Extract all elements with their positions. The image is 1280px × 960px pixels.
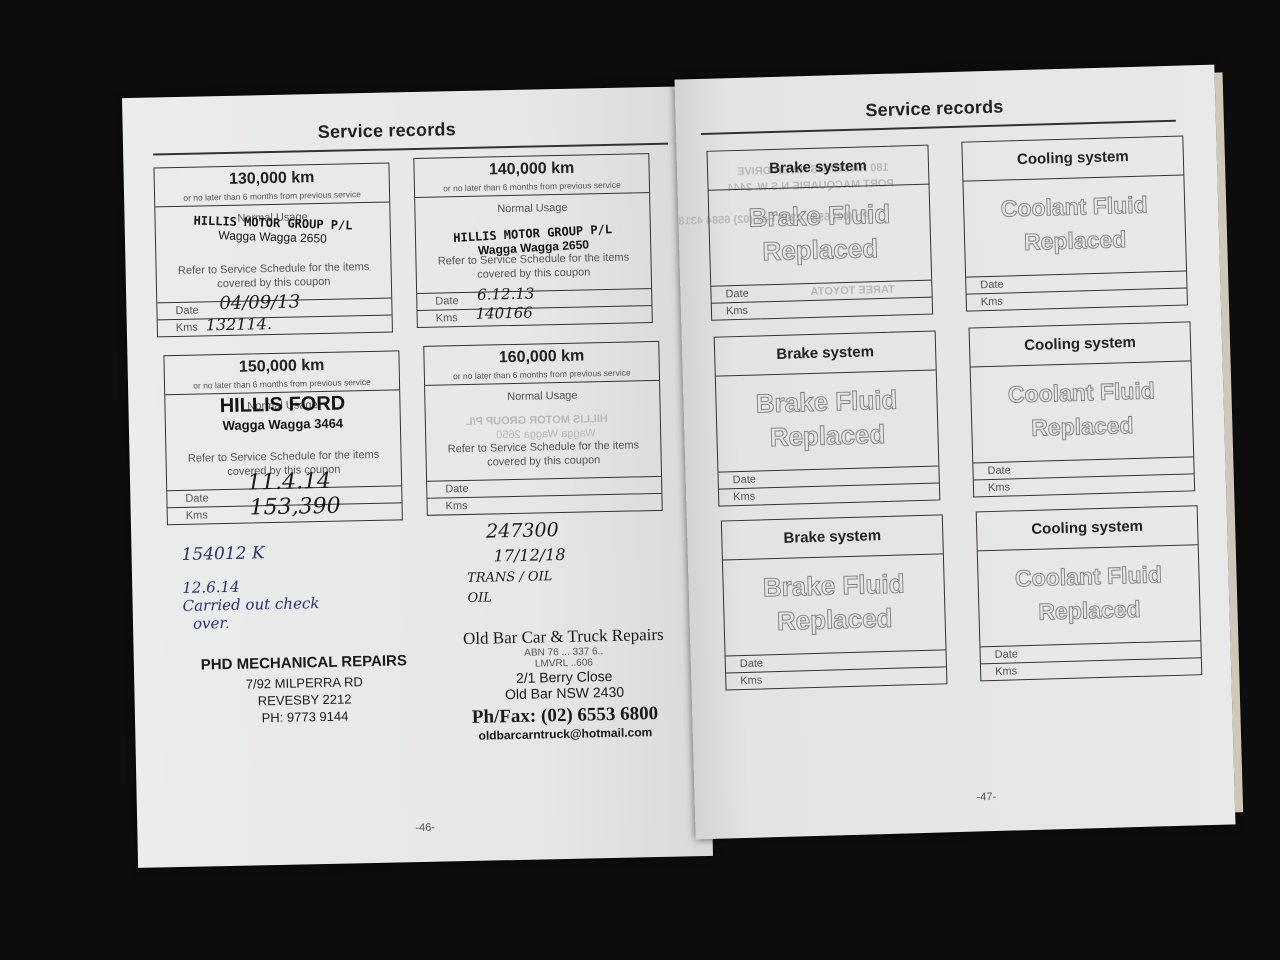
kms-label: Kms bbox=[988, 481, 1010, 494]
kms-label: Kms bbox=[436, 312, 458, 324]
phd-handwritten-kms: 154012 K bbox=[181, 543, 264, 565]
kms-label: Kms bbox=[981, 296, 1003, 309]
check-cooling-3: Cooling system Coolant Fluid Replaced Da… bbox=[976, 505, 1203, 681]
check-heading: Cooling system bbox=[977, 516, 1197, 539]
check-outline-1: Coolant Fluid bbox=[964, 189, 1185, 225]
divider bbox=[978, 544, 1198, 551]
coupon-km: 150,000 km bbox=[164, 355, 398, 378]
kms-label: Kms bbox=[445, 500, 467, 512]
coupon-km: 140,000 km bbox=[414, 158, 648, 181]
phd-dealer-stamp: PHD MECHANICAL REPAIRS 7/92 MILPERRA RD … bbox=[194, 652, 415, 727]
phd-handwritten-note-2: over. bbox=[193, 614, 230, 633]
coupon-subtitle: or no later than 6 months from previous … bbox=[425, 367, 659, 382]
date-label: Date bbox=[445, 483, 468, 495]
check-outline-2: Replaced bbox=[979, 592, 1200, 628]
handwritten-date: 11.4.14 bbox=[247, 469, 331, 496]
oldbar-handwritten-note-1: TRANS / OIL bbox=[467, 569, 552, 586]
left-page: Service records 130,000 km or no later t… bbox=[122, 86, 713, 868]
coupon-subtitle: or no later than 6 months from previous … bbox=[165, 376, 399, 391]
kms-label: Kms bbox=[740, 674, 762, 687]
coupon-usage: Normal Usage bbox=[415, 200, 649, 217]
coupon-subtitle: or no later than 6 months from previous … bbox=[155, 189, 389, 204]
kms-label: Kms bbox=[176, 322, 198, 334]
oldbar-handwritten-note-2: OIL bbox=[467, 590, 492, 606]
phd-handwritten-note-1: Carried out check bbox=[182, 594, 319, 615]
service-coupon-150000: 150,000 km or no later than 6 months fro… bbox=[163, 350, 403, 525]
oldbar-handwritten-date: 17/12/18 bbox=[493, 545, 565, 566]
date-label: Date bbox=[740, 657, 764, 670]
check-outline-1: Brake Fluid bbox=[716, 384, 937, 420]
check-outline-2: Replaced bbox=[717, 417, 938, 453]
check-outline-2: Replaced bbox=[724, 601, 945, 637]
check-outline-1: Brake Fluid bbox=[723, 567, 944, 603]
date-label: Date bbox=[185, 492, 208, 504]
kms-label: Kms bbox=[726, 305, 748, 318]
check-brake-1: Brake system Brake Fluid Replaced Date K… bbox=[706, 145, 933, 321]
phd-stamp-name: PHD MECHANICAL REPAIRS bbox=[194, 652, 414, 674]
coupon-refer: Refer to Service Schedule for the items … bbox=[436, 438, 651, 470]
check-brake-2: Brake system Brake Fluid Replaced Date K… bbox=[714, 330, 941, 506]
date-label: Date bbox=[175, 305, 198, 317]
page-edge bbox=[1215, 72, 1244, 812]
check-outline-1: Coolant Fluid bbox=[978, 558, 1199, 594]
page-title: Service records bbox=[318, 119, 457, 143]
coupon-subtitle: or no later than 6 months from previous … bbox=[415, 179, 649, 194]
divider bbox=[723, 553, 943, 560]
phd-stamp-suburb: REVESBY 2212 bbox=[195, 690, 415, 710]
handwritten-kms: 153,390 bbox=[249, 494, 340, 521]
coupon-usage: Normal Usage bbox=[425, 388, 659, 405]
divider bbox=[971, 360, 1191, 367]
check-brake-3: Brake system Brake Fluid Replaced Date K… bbox=[721, 514, 948, 690]
check-heading: Brake system bbox=[722, 525, 942, 548]
coupon-refer: Refer to Service Schedule for the items … bbox=[166, 260, 381, 292]
phd-handwritten-date: 12.6.14 bbox=[182, 578, 240, 597]
kms-label: Kms bbox=[995, 665, 1017, 678]
title-divider bbox=[701, 120, 1176, 135]
date-label: Date bbox=[733, 474, 757, 487]
page-number: -47- bbox=[976, 791, 996, 804]
check-cooling-1: Cooling system Coolant Fluid Replaced Da… bbox=[961, 136, 1188, 312]
coupon-refer: Refer to Service Schedule for the items … bbox=[426, 250, 641, 282]
oldbar-handwritten-kms: 247300 bbox=[486, 519, 559, 543]
coupon-km: 130,000 km bbox=[155, 168, 389, 191]
page-number: -46- bbox=[415, 822, 435, 834]
service-coupon-130000: 130,000 km or no later than 6 months fro… bbox=[153, 163, 393, 338]
coupon-km: 160,000 km bbox=[424, 346, 658, 369]
kms-label: Kms bbox=[186, 509, 208, 521]
right-page: Service records 180 HASTINGS RIVER DRIVE… bbox=[674, 65, 1235, 840]
check-outline-1: Coolant Fluid bbox=[971, 374, 1192, 410]
date-label: Date bbox=[995, 648, 1019, 661]
service-coupon-160000: 160,000 km or no later than 6 months fro… bbox=[423, 341, 663, 516]
check-heading: Cooling system bbox=[963, 147, 1183, 170]
phd-stamp-address: 7/92 MILPERRA RD bbox=[194, 673, 414, 693]
handwritten-kms: 132114. bbox=[206, 314, 273, 334]
handwritten-date: 04/09/13 bbox=[219, 291, 300, 314]
date-label: Date bbox=[435, 295, 458, 307]
dealer-stamp: HILLIS FORD Wagga Wagga 3464 bbox=[165, 391, 400, 434]
check-heading: Cooling system bbox=[970, 332, 1190, 355]
divider bbox=[716, 370, 936, 377]
check-outline-1: Brake Fluid bbox=[709, 198, 930, 234]
dealer-stamp: HILLIS MOTOR GROUP P/L Wagga Wagga 2650 bbox=[155, 212, 390, 247]
check-heading: Brake system bbox=[715, 342, 935, 365]
date-label: Date bbox=[987, 464, 1011, 477]
check-outline-2: Replaced bbox=[965, 222, 1186, 258]
check-cooling-2: Cooling system Coolant Fluid Replaced Da… bbox=[969, 321, 1196, 497]
divider bbox=[709, 184, 929, 191]
date-label: Date bbox=[725, 288, 749, 301]
handwritten-date: 6.12.13 bbox=[477, 285, 535, 304]
date-label: Date bbox=[980, 279, 1004, 292]
divider bbox=[963, 175, 1183, 182]
service-coupon-140000: 140,000 km or no later than 6 months fro… bbox=[413, 153, 653, 328]
kms-label: Kms bbox=[733, 491, 755, 504]
oldbar-dealer-stamp: Old Bar Car & Truck Repairs ABN 76 ... 3… bbox=[433, 624, 695, 743]
page-title: Service records bbox=[865, 97, 1004, 122]
bleed-through-stamp-1: HILLIS MOTOR GROUP P/L bbox=[466, 413, 608, 428]
handwritten-kms: 140166 bbox=[475, 304, 533, 323]
check-outline-2: Replaced bbox=[710, 232, 931, 268]
check-heading: Brake system bbox=[708, 156, 928, 179]
check-outline-2: Replaced bbox=[972, 408, 1193, 444]
phd-stamp-phone: PH: 9773 9144 bbox=[195, 707, 415, 727]
